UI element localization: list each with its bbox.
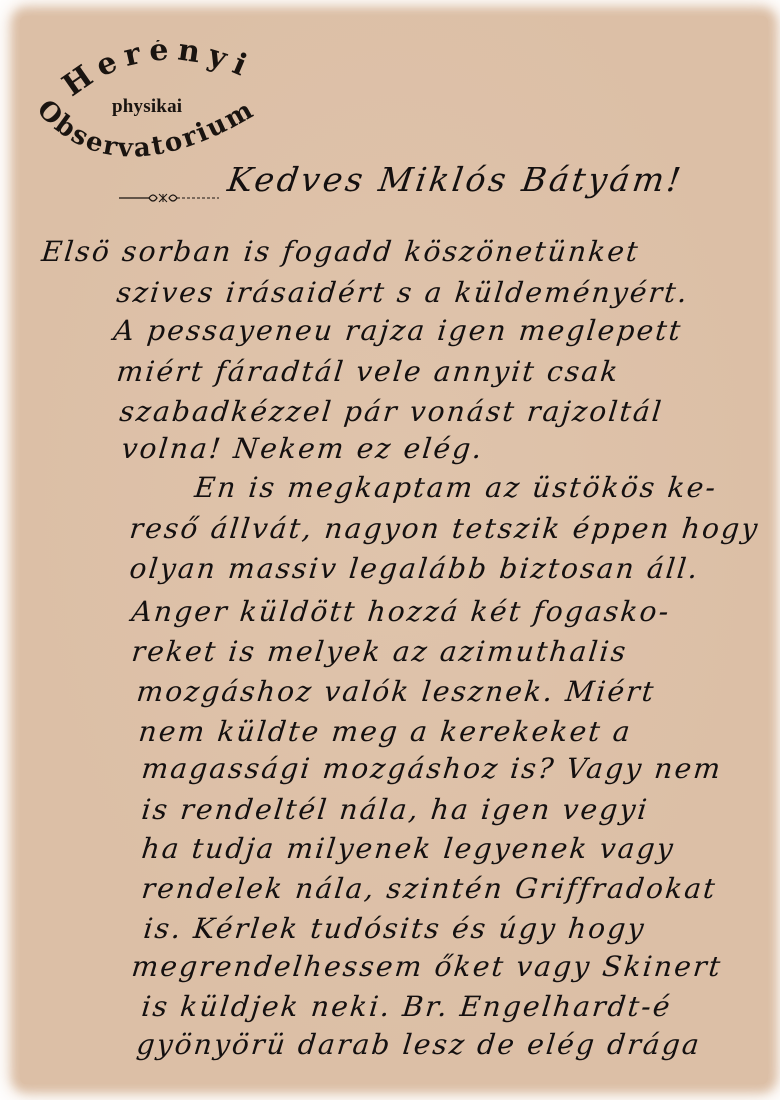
body-line-1: Elsö sorban is fogadd köszönetünket bbox=[40, 235, 641, 268]
body-line-17: rendelek nála, szintén Griffradokat bbox=[140, 872, 719, 905]
body-line-2: szives irásaidért s a küldeményért. bbox=[115, 276, 691, 309]
body-line-20: is küldjek neki. Br. Engelhardt-é bbox=[140, 990, 674, 1023]
body-line-10: Anger küldött hozzá két fogasko- bbox=[130, 595, 672, 628]
body-line-11: reket is melyek az azimuthalis bbox=[130, 635, 629, 668]
body-line-5: szabadkézzel pár vonást rajzoltál bbox=[118, 395, 665, 428]
body-line-21: gyönyörü darab lesz de elég drága bbox=[135, 1028, 703, 1061]
body-line-9: olyan massiv legalább biztosan áll. bbox=[128, 552, 701, 585]
letterhead-top-arc: Herényi bbox=[56, 40, 259, 104]
body-line-7: En is megkaptam az üstökös ke- bbox=[193, 471, 719, 504]
body-line-6: volna! Nekem ez elég. bbox=[120, 432, 485, 465]
salutation: Kedves Miklós Bátyám! bbox=[225, 160, 686, 199]
letterhead-center: physikai bbox=[112, 96, 182, 118]
body-line-13: nem küldte meg a kerekeket a bbox=[137, 715, 634, 748]
body-line-8: reső állvát, nagyon tetszik éppen hogy bbox=[128, 512, 761, 545]
body-line-15: is rendeltél nála, ha igen vegyi bbox=[140, 793, 650, 826]
body-line-3: A pessayeneu rajza igen meglepett bbox=[112, 314, 684, 347]
body-line-12: mozgáshoz valók lesznek. Miért bbox=[135, 675, 657, 708]
decorative-rule-icon bbox=[119, 191, 219, 205]
body-line-18: is. Kérlek tudósits és úgy hogy bbox=[142, 912, 647, 945]
body-line-16: ha tudja milyenek legyenek vagy bbox=[140, 832, 677, 865]
body-line-19: megrendelhessem őket vagy Skinert bbox=[130, 950, 724, 983]
body-line-4: miért fáradtál vele annyit csak bbox=[115, 355, 621, 388]
body-line-14: magassági mozgáshoz is? Vagy nem bbox=[140, 752, 724, 785]
